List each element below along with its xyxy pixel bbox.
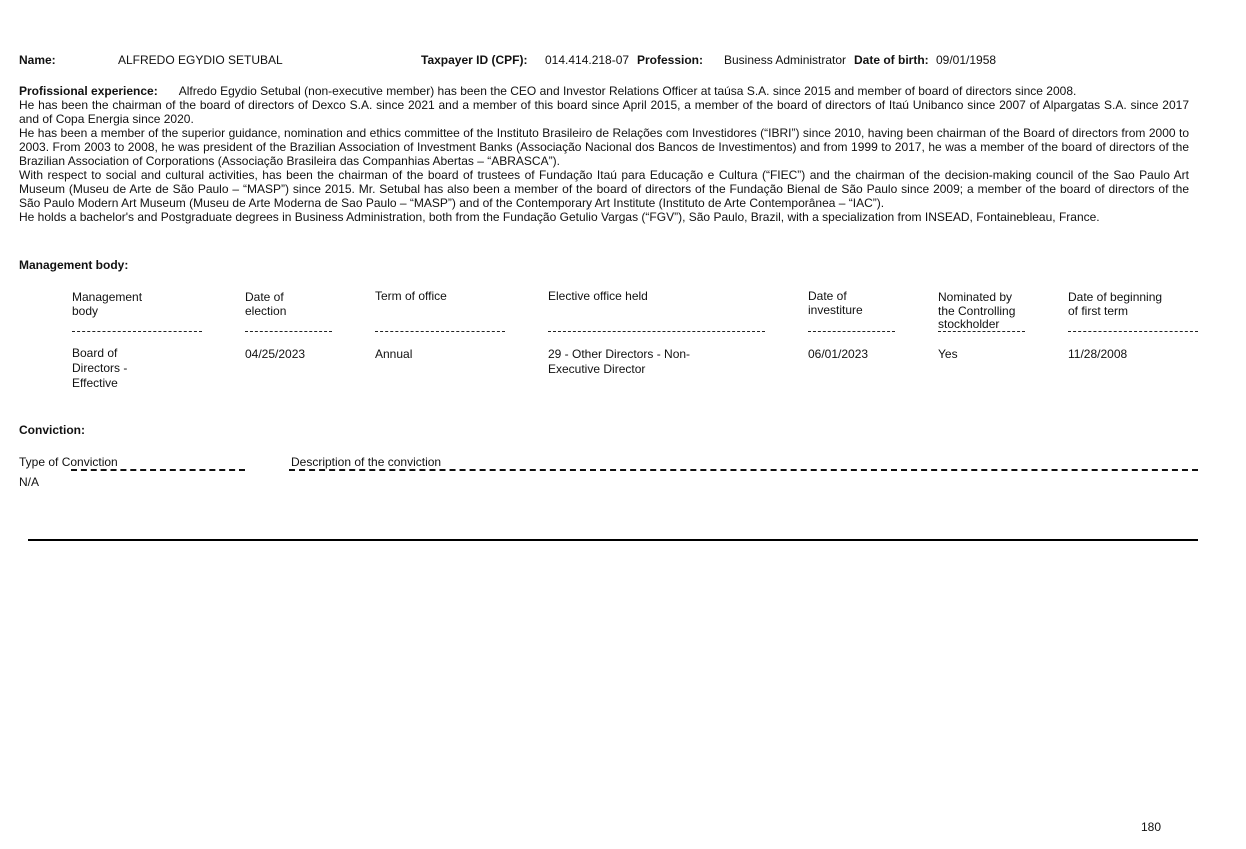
profession-value: Business Administrator xyxy=(724,53,846,67)
column-divider xyxy=(938,331,1025,332)
experience-paragraph: He holds a bachelor's and Postgraduate d… xyxy=(19,210,1189,224)
column-divider xyxy=(548,331,765,332)
experience-label: Profissional experience: xyxy=(19,84,158,98)
management-body-label: Management body: xyxy=(19,258,128,272)
conviction-description-divider xyxy=(289,469,1198,471)
cpf-label: Taxpayer ID (CPF): xyxy=(421,53,527,67)
cpf-value: 014.414.218-07 xyxy=(545,53,629,67)
table-cell-date-of-investiture: 06/01/2023 xyxy=(808,347,868,362)
column-header-term-of-office: Term of office xyxy=(375,290,447,304)
name-value: ALFREDO EGYDIO SETUBAL xyxy=(118,53,283,67)
column-header-nominated-by-controlling: Nominated bythe Controllingstockholder xyxy=(938,291,1015,332)
dob-label: Date of birth: xyxy=(854,53,929,67)
experience-paragraph: He has been the chairman of the board of… xyxy=(19,98,1189,126)
table-cell-elective-office: 29 - Other Directors - Non-Executive Dir… xyxy=(548,347,690,377)
column-header-date-of-election: Date ofelection xyxy=(245,291,286,318)
column-header-date-first-term: Date of beginningof first term xyxy=(1068,291,1162,318)
conviction-description-header: Description of the conviction xyxy=(291,455,441,469)
experience-paragraph: Alfredo Egydio Setubal (non-executive me… xyxy=(179,84,1077,98)
table-cell-date-first-term: 11/28/2008 xyxy=(1068,347,1127,362)
table-cell-term-of-office: Annual xyxy=(375,347,412,362)
table-cell-nominated: Yes xyxy=(938,347,958,362)
column-divider xyxy=(375,331,505,332)
professional-experience: Profissional experience:Alfredo Egydio S… xyxy=(19,84,1189,224)
conviction-label: Conviction: xyxy=(19,423,85,437)
column-divider xyxy=(72,331,202,332)
dob-value: 09/01/1958 xyxy=(936,53,996,67)
column-header-elective-office: Elective office held xyxy=(548,290,648,304)
conviction-type-value: N/A xyxy=(19,475,39,489)
column-divider xyxy=(808,331,895,332)
conviction-type-header: Type of Conviction xyxy=(19,455,118,469)
column-header-date-of-investiture: Date ofinvestiture xyxy=(808,290,863,317)
experience-paragraph: He has been a member of the superior gui… xyxy=(19,126,1189,168)
profession-label: Profession: xyxy=(637,53,703,67)
section-end-rule xyxy=(28,539,1198,541)
column-divider xyxy=(245,331,332,332)
conviction-type-divider xyxy=(71,469,245,471)
table-cell-management-body: Board ofDirectors -Effective xyxy=(72,346,127,391)
column-divider xyxy=(1068,331,1198,332)
column-header-management-body: Managementbody xyxy=(72,291,142,318)
name-label: Name: xyxy=(19,53,56,67)
page-number: 180 xyxy=(1141,820,1161,834)
experience-paragraph: With respect to social and cultural acti… xyxy=(19,168,1189,210)
table-cell-date-of-election: 04/25/2023 xyxy=(245,347,305,362)
